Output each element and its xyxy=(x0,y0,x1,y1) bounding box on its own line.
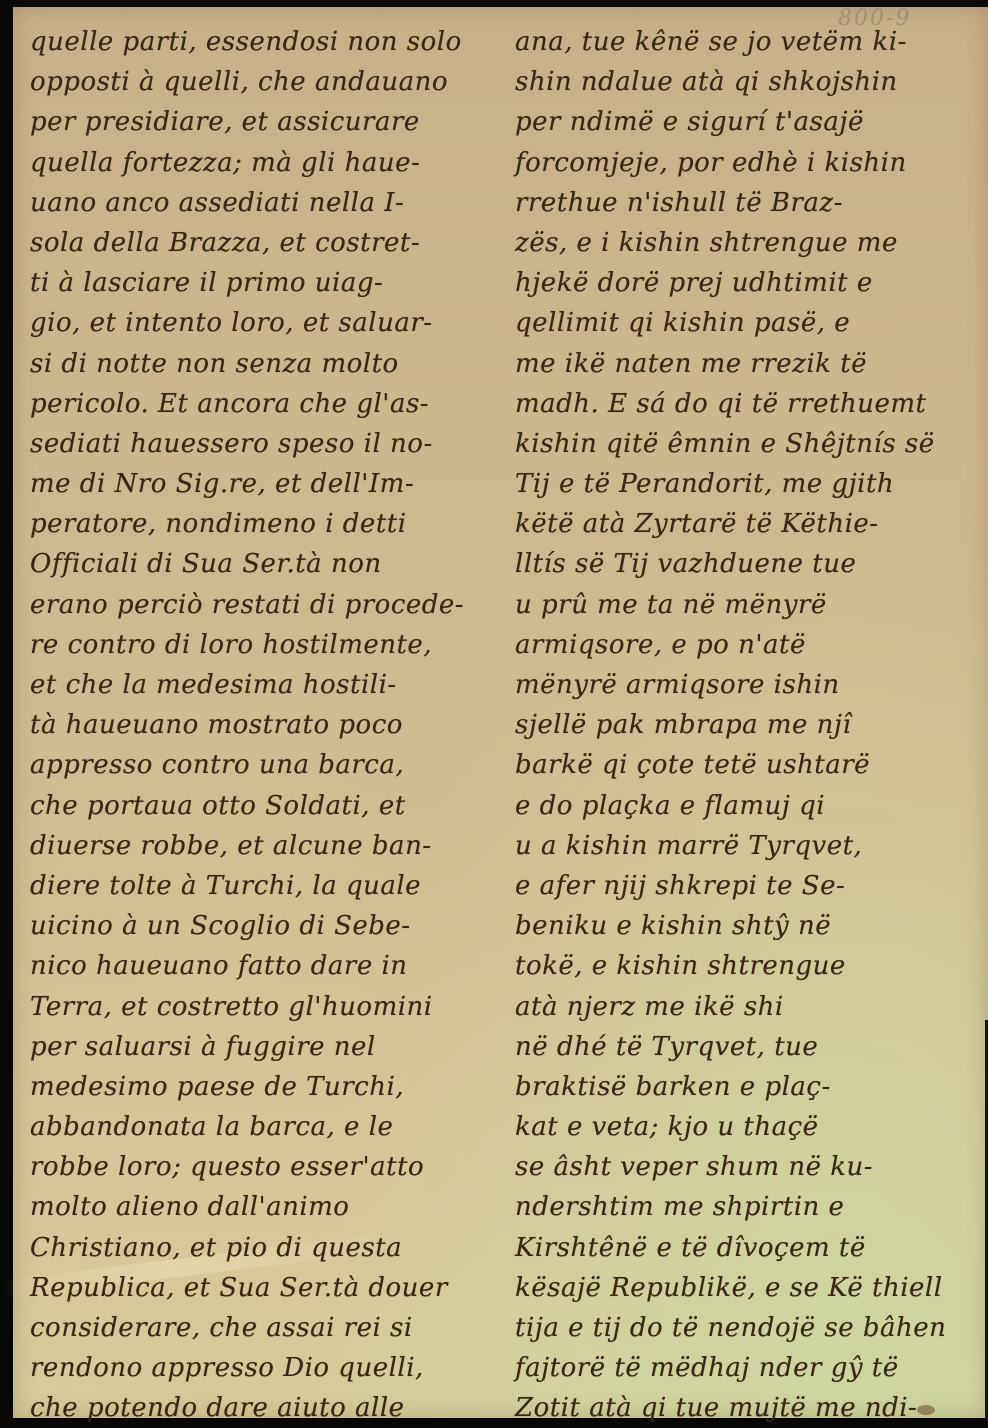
manuscript-line: u a kishin marrë Tyrqvet, xyxy=(515,826,985,866)
manuscript-scan: 800-9 quelle parti, essendosi non soloop… xyxy=(0,0,988,1428)
manuscript-line: hjekë dorë prej udhtimit e xyxy=(515,263,985,303)
manuscript-line: per saluarsi à fuggire nel xyxy=(30,1027,485,1067)
manuscript-line: me di Nro Sig.re, et dell'Im- xyxy=(30,464,485,504)
manuscript-line: Republica, et Sua Ser.tà douer xyxy=(30,1268,485,1308)
manuscript-line: per ndimë e sigurí t'asajë xyxy=(515,102,985,142)
manuscript-line: rendono appresso Dio quelli, xyxy=(30,1348,485,1388)
manuscript-line: mënyrë armiqsore ishin xyxy=(515,665,985,705)
manuscript-line: quelle parti, essendosi non solo xyxy=(30,22,485,62)
manuscript-line: appresso contro una barca, xyxy=(30,745,485,785)
manuscript-line: si di notte non senza molto xyxy=(30,344,485,384)
manuscript-line: Tij e të Perandorit, me gjith xyxy=(515,464,985,504)
manuscript-line: rrethue n'ishull të Braz- xyxy=(515,183,985,223)
manuscript-line: sola della Brazza, et costret- xyxy=(30,223,485,263)
manuscript-line: abbandonata la barca, e le xyxy=(30,1107,485,1147)
manuscript-line: molto alieno dall'animo xyxy=(30,1187,485,1227)
manuscript-line: u prû me ta në mënyrë xyxy=(515,585,985,625)
manuscript-line: peratore, nondimeno i detti xyxy=(30,504,485,544)
manuscript-line: beniku e kishin shtŷ në xyxy=(515,906,985,946)
manuscript-line: ana, tue kênë se jo vetëm ki- xyxy=(515,22,985,62)
manuscript-line: ndershtim me shpirtin e xyxy=(515,1187,985,1227)
manuscript-line: shin ndalue atà qi shkojshin xyxy=(515,62,985,102)
manuscript-line: kat e veta; kjo u thaçë xyxy=(515,1107,985,1147)
manuscript-line: kishin qitë êmnin e Shêjtnís së xyxy=(515,424,985,464)
manuscript-line: braktisë barken e plaç- xyxy=(515,1067,985,1107)
manuscript-line: sjellë pak mbrapa me njî xyxy=(515,705,985,745)
italian-column: quelle parti, essendosi non soloopposti … xyxy=(30,22,485,1428)
manuscript-line: tokë, e kishin shtrengue xyxy=(515,946,985,986)
manuscript-line: Christiano, et pio di questa xyxy=(30,1228,485,1268)
scan-border-left xyxy=(0,0,13,1428)
manuscript-line: quella fortezza; mà gli haue- xyxy=(30,143,485,183)
manuscript-line: sediati hauessero speso il no- xyxy=(30,424,485,464)
manuscript-line: tà haueuano mostrato poco xyxy=(30,705,485,745)
manuscript-line: Terra, et costretto gl'huomini xyxy=(30,987,485,1027)
manuscript-line: lltís së Tij vazhduene tue xyxy=(515,544,985,584)
manuscript-line: barkë qi çote tetë ushtarë xyxy=(515,745,985,785)
manuscript-line: Kirshtênë e të dîvoçem të xyxy=(515,1228,985,1268)
manuscript-line: Zotit atà qi tue mujtë me ndi- xyxy=(515,1388,985,1428)
manuscript-line: pericolo. Et ancora che gl'as- xyxy=(30,384,485,424)
manuscript-line: në dhé të Tyrqvet, tue xyxy=(515,1027,985,1067)
manuscript-line: uicino à un Scoglio di Sebe- xyxy=(30,906,485,946)
manuscript-line: considerare, che assai rei si xyxy=(30,1308,485,1348)
manuscript-line: che portaua otto Soldati, et xyxy=(30,786,485,826)
manuscript-line: kësajë Republikë, e se Kë thiell xyxy=(515,1268,985,1308)
manuscript-line: ti à lasciare il primo uiag- xyxy=(30,263,485,303)
albanian-column: ana, tue kênë se jo vetëm ki-shin ndalue… xyxy=(515,22,985,1428)
manuscript-line: nico haueuano fatto dare in xyxy=(30,946,485,986)
manuscript-line: erano perciò restati di procede- xyxy=(30,585,485,625)
manuscript-line: se âsht veper shum në ku- xyxy=(515,1147,985,1187)
manuscript-line: uano anco assediati nella I- xyxy=(30,183,485,223)
manuscript-line: e do plaçka e flamuj qi xyxy=(515,786,985,826)
manuscript-line: qellimit qi kishin pasë, e xyxy=(515,303,985,343)
manuscript-line: atà njerz me ikë shi xyxy=(515,987,985,1027)
manuscript-line: e afer njij shkrepi te Se- xyxy=(515,866,985,906)
manuscript-line: et che la medesima hostili- xyxy=(30,665,485,705)
manuscript-line: re contro di loro hostilmente, xyxy=(30,625,485,665)
manuscript-line: opposti à quelli, che andauano xyxy=(30,62,485,102)
manuscript-line: armiqsore, e po n'atë xyxy=(515,625,985,665)
manuscript-line: per presidiare, et assicurare xyxy=(30,102,485,142)
manuscript-line: tija e tij do të nendojë se bâhen xyxy=(515,1308,985,1348)
manuscript-line: Officiali di Sua Ser.tà non xyxy=(30,544,485,584)
manuscript-line: diere tolte à Turchi, la quale xyxy=(30,866,485,906)
manuscript-line: forcomjeje, por edhè i kishin xyxy=(515,143,985,183)
manuscript-line: diuerse robbe, et alcune ban- xyxy=(30,826,485,866)
manuscript-line: madh. E sá do qi të rrethuemt xyxy=(515,384,985,424)
manuscript-line: robbe loro; questo esser'atto xyxy=(30,1147,485,1187)
manuscript-line: che potendo dare aiuto alle xyxy=(30,1388,485,1428)
manuscript-line: fajtorë të mëdhaj nder gŷ të xyxy=(515,1348,985,1388)
manuscript-line: zës, e i kishin shtrengue me xyxy=(515,223,985,263)
manuscript-line: medesimo paese de Turchi, xyxy=(30,1067,485,1107)
manuscript-line: me ikë naten me rrezik të xyxy=(515,344,985,384)
manuscript-line: këtë atà Zyrtarë të Këthie- xyxy=(515,504,985,544)
manuscript-line: gio, et intento loro, et saluar- xyxy=(30,303,485,343)
